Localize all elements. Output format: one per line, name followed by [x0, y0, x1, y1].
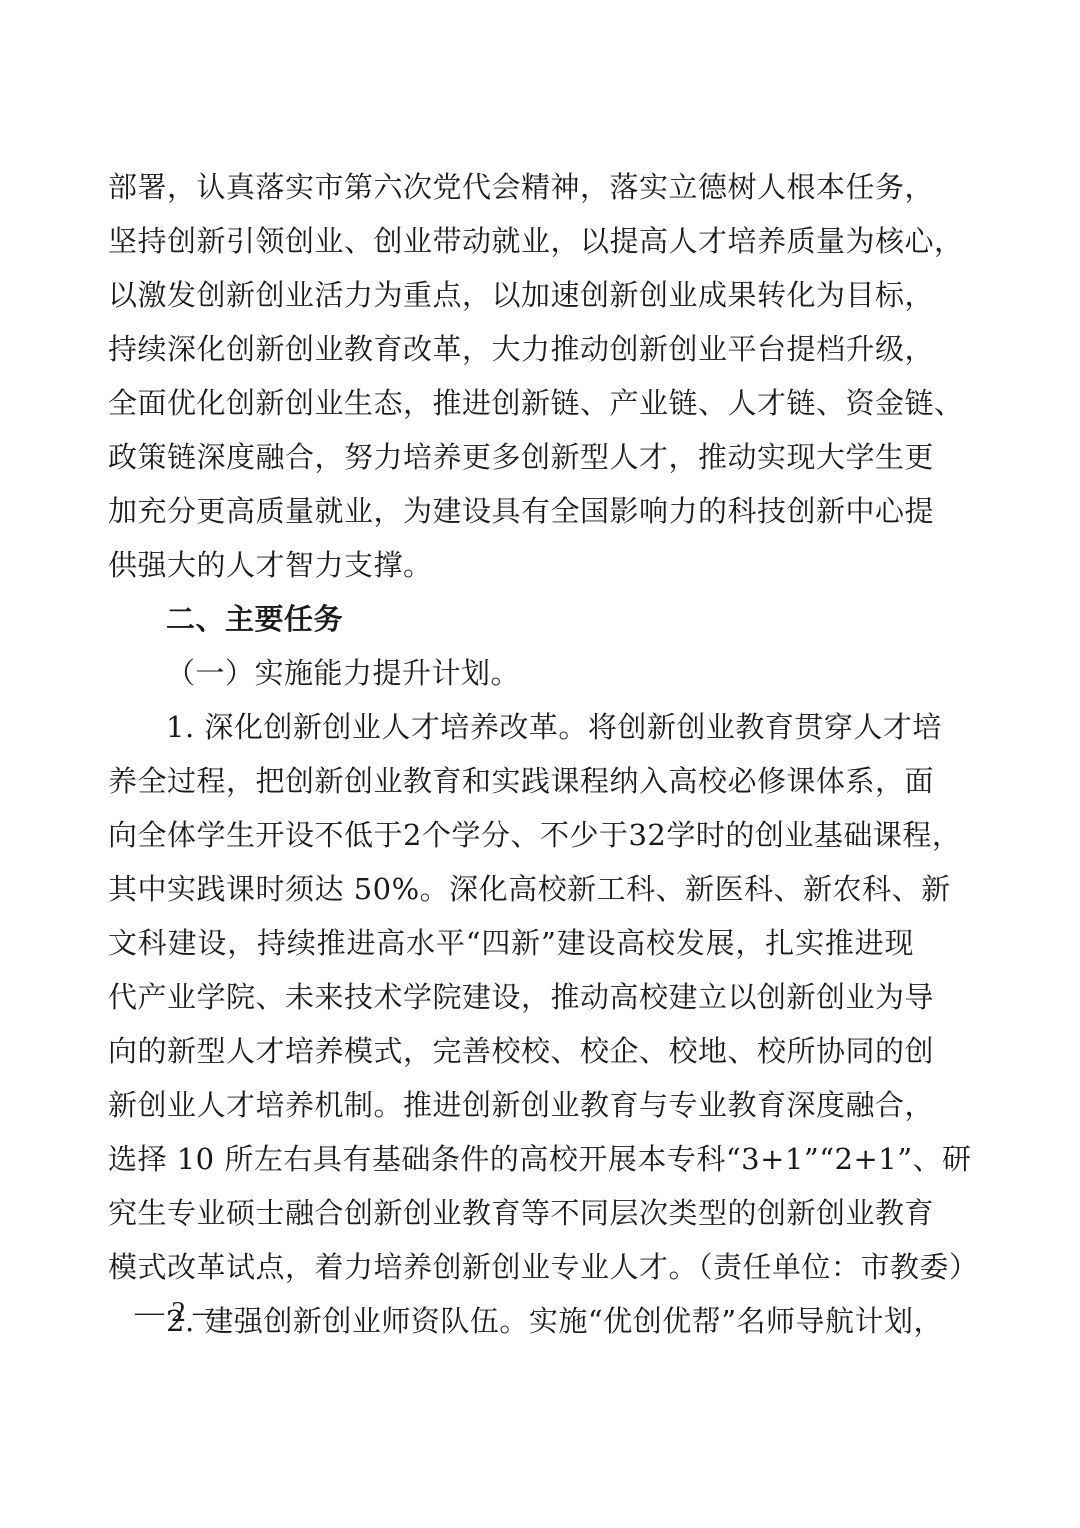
item-1-line: 究生专业硕士融合创新创业教育等不同层次类型的创新创业教育	[108, 1186, 914, 1240]
body-line: 部署，认真落实市第六次党代会精神，落实立德树人根本任务，	[108, 160, 914, 214]
body-line: 供强大的人才智力支撑。	[108, 538, 914, 592]
section-heading: 二、主要任务	[108, 592, 914, 646]
item-1-line: 向全体学生开设不低于2个学分、不少于32学时的创业基础课程，	[108, 808, 914, 862]
item-1-line: 1. 深化创新创业人才培养改革。将创新创业教育贯穿人才培	[108, 700, 914, 754]
subsection-heading: （一）实施能力提升计划。	[108, 646, 914, 700]
item-2-line: 2. 建强创新创业师资队伍。实施“优创优帮”名师导航计划，	[108, 1294, 914, 1348]
body-line: 坚持创新引领创业、创业带动就业，以提高人才培养质量为核心，	[108, 214, 914, 268]
item-1-line: 模式改革试点，着力培养创新创业专业人才。（责任单位：市教委）	[108, 1240, 914, 1294]
item-1-line: 文科建设，持续推进高水平“四新”建设高校发展，扎实推进现	[108, 916, 914, 970]
body-line: 持续深化创新创业教育改革，大力推动创新创业平台提档升级，	[108, 322, 914, 376]
body-line: 政策链深度融合，努力培养更多创新型人才，推动实现大学生更	[108, 430, 914, 484]
body-line: 加充分更高质量就业，为建设具有全国影响力的科技创新中心提	[108, 484, 914, 538]
item-1-line: 新创业人才培养机制。推进创新创业教育与专业教育深度融合，	[108, 1078, 914, 1132]
item-1-line: 代产业学院、未来技术学院建设，推动高校建立以创新创业为导	[108, 970, 914, 1024]
item-1-line: 向的新型人才培养模式，完善校校、校企、校地、校所协同的创	[108, 1024, 914, 1078]
page-number: — 2 —	[135, 1292, 222, 1332]
item-1-line: 养全过程，把创新创业教育和实践课程纳入高校必修课体系，面	[108, 754, 914, 808]
body-line: 以激发创新创业活力为重点，以加速创新创业成果转化为目标，	[108, 268, 914, 322]
item-1-line: 选择 10 所左右具有基础条件的高校开展本专科“3+1”“2+1”、研	[108, 1132, 914, 1186]
item-1-line: 其中实践课时须达 50%。深化高校新工科、新医科、新农科、新	[108, 862, 914, 916]
body-line: 全面优化创新创业生态，推进创新链、产业链、人才链、资金链、	[108, 376, 914, 430]
document-page: 部署，认真落实市第六次党代会精神，落实立德树人根本任务， 坚持创新引领创业、创业…	[108, 160, 914, 1348]
